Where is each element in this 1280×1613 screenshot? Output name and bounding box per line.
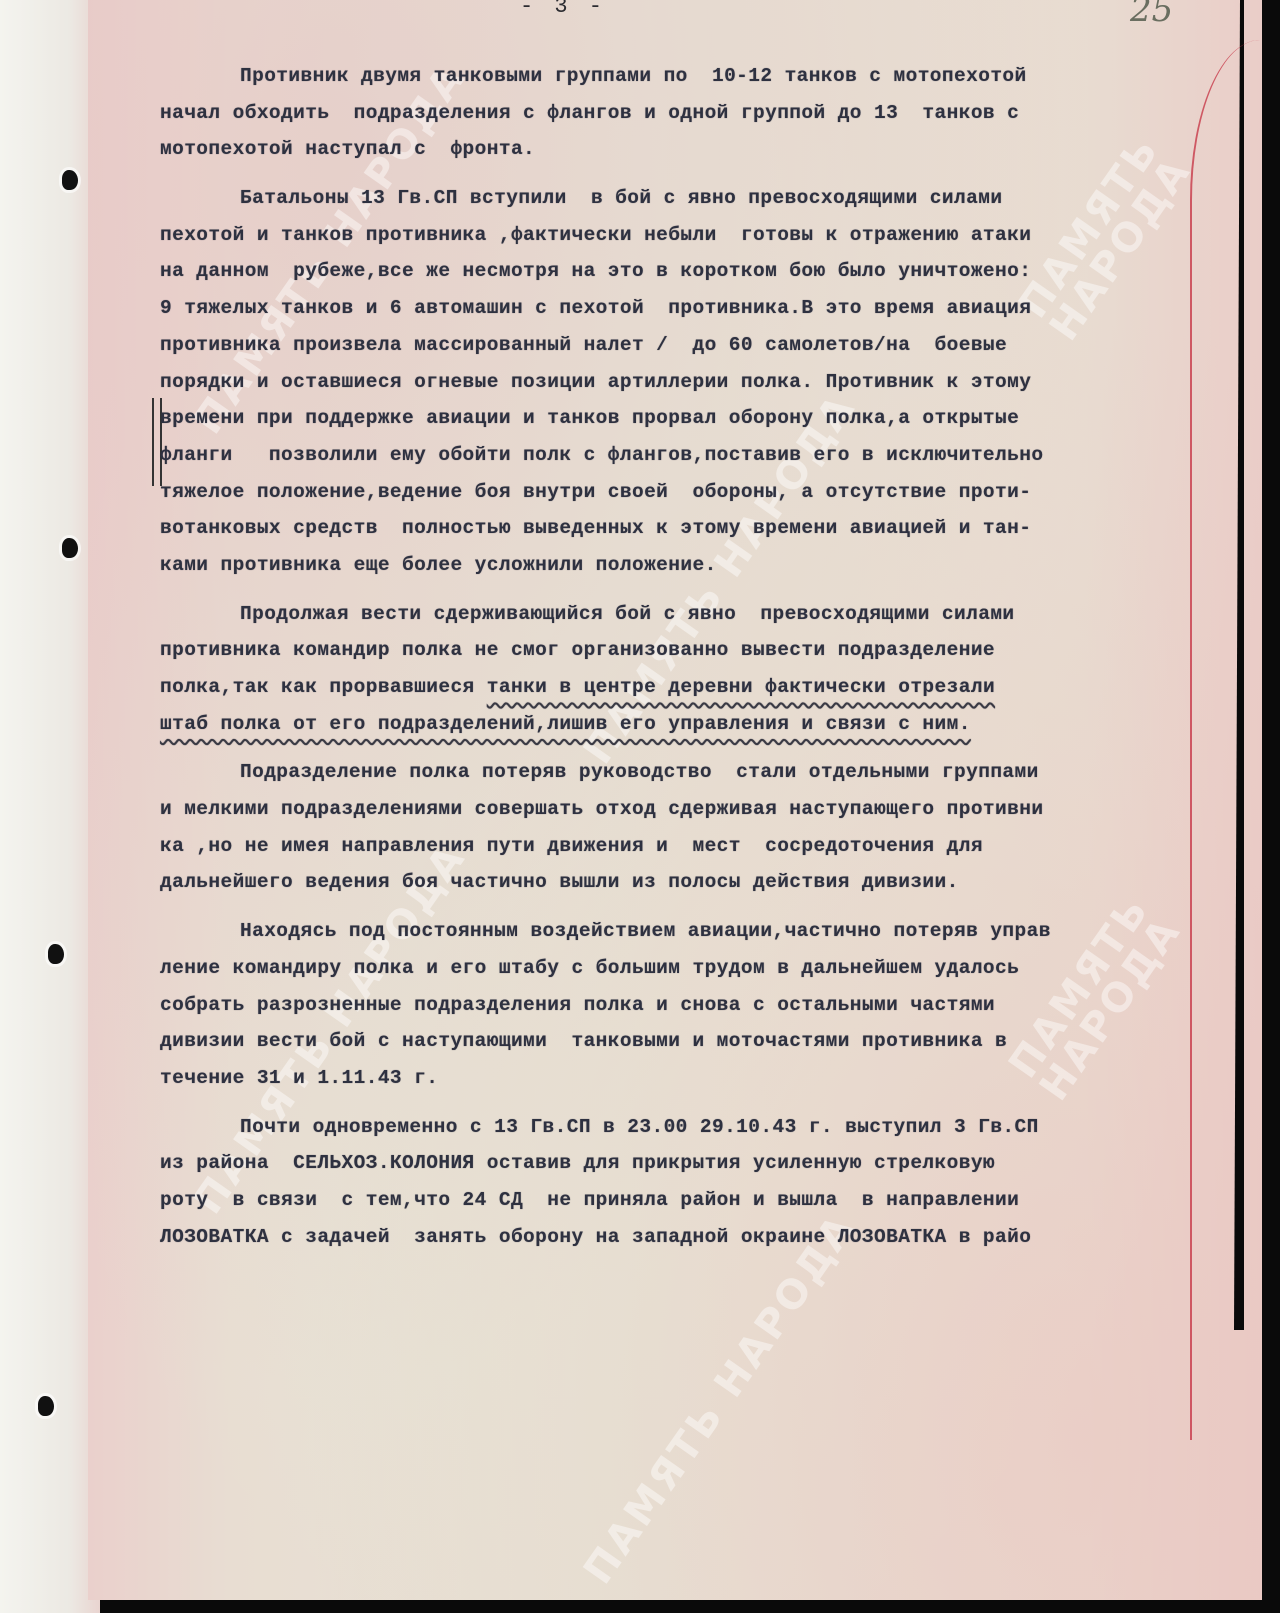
text-line: вотанковых средств полностью выведенных … xyxy=(160,510,1230,547)
text-line: полка,так как прорвавшиеся танки в центр… xyxy=(160,669,1230,706)
text-line: противника командир полка не смог органи… xyxy=(160,632,1230,669)
text-line: Находясь под постоянным воздействием ави… xyxy=(160,913,1230,950)
text-line: дальнейшего ведения боя частично вышли и… xyxy=(160,864,1230,901)
text-line: течение 31 и 1.11.43 г. xyxy=(160,1060,1230,1097)
text-line: Батальоны 13 Гв.СП вступили в бой с явно… xyxy=(160,180,1230,217)
archive-sheet-number: 25 xyxy=(1130,0,1173,30)
text-line: на данном рубеже,все же несмотря на это … xyxy=(160,253,1230,290)
text-line: 9 тяжелых танков и 6 автомашин с пехотой… xyxy=(160,290,1230,327)
underlined-text: танки в центре деревни фактически отреза… xyxy=(487,676,995,698)
text-line: тяжелое положение,ведение боя внутри сво… xyxy=(160,474,1230,511)
text-line: штаб полка от его подразделений,лишив ег… xyxy=(160,706,1230,743)
text-line: дивизии вести бой с наступающими танковы… xyxy=(160,1023,1230,1060)
punch-hole-icon xyxy=(62,170,78,190)
text-line: Подразделение полка потеряв руководство … xyxy=(160,754,1230,791)
punch-hole-icon xyxy=(38,1396,54,1416)
text-line: фланги позволили ему обойти полк с фланг… xyxy=(160,437,1230,474)
text-line: и мелкими подразделениями совершать отхо… xyxy=(160,791,1230,828)
text-line: ление командиру полка и его штабу с боль… xyxy=(160,950,1230,987)
left-binding-margin xyxy=(0,0,100,1613)
text-line: Продолжая вести сдерживающийся бой с явн… xyxy=(160,596,1230,633)
text-fragment: полка,так как прорвавшиеся xyxy=(160,676,487,698)
text-line: Противник двумя танковыми группами по 10… xyxy=(160,58,1230,95)
text-line: пехотой и танков противника ,фактически … xyxy=(160,217,1230,254)
punch-hole-icon xyxy=(48,944,64,964)
text-line: ками противника еще более усложнили поло… xyxy=(160,547,1230,584)
text-line: ка ,но не имея направления пути движения… xyxy=(160,828,1230,865)
text-line: роту в связи с тем,что 24 СД не приняла … xyxy=(160,1182,1230,1219)
text-line: мотопехотой наступал с фронта. xyxy=(160,131,1230,168)
text-line: порядки и оставшиеся огневые позиции арт… xyxy=(160,364,1230,401)
text-line: ЛОЗОВАТКА с задачей занять оборону на за… xyxy=(160,1219,1230,1256)
document-body: Противник двумя танковыми группами по 10… xyxy=(160,58,1230,1255)
text-line: начал обходить подразделения с флангов и… xyxy=(160,95,1230,132)
page-number: - 3 - xyxy=(520,0,606,19)
text-line: Почти одновременно с 13 Гв.СП в 23.00 29… xyxy=(160,1109,1230,1146)
punch-hole-icon xyxy=(62,538,78,558)
text-line: собрать разрозненные подразделения полка… xyxy=(160,987,1230,1024)
text-line: из района СЕЛЬХОЗ.КОЛОНИЯ оставив для пр… xyxy=(160,1145,1230,1182)
text-line: противника произвела массированный налет… xyxy=(160,327,1230,364)
text-line: времени при поддержке авиации и танков п… xyxy=(160,400,1230,437)
